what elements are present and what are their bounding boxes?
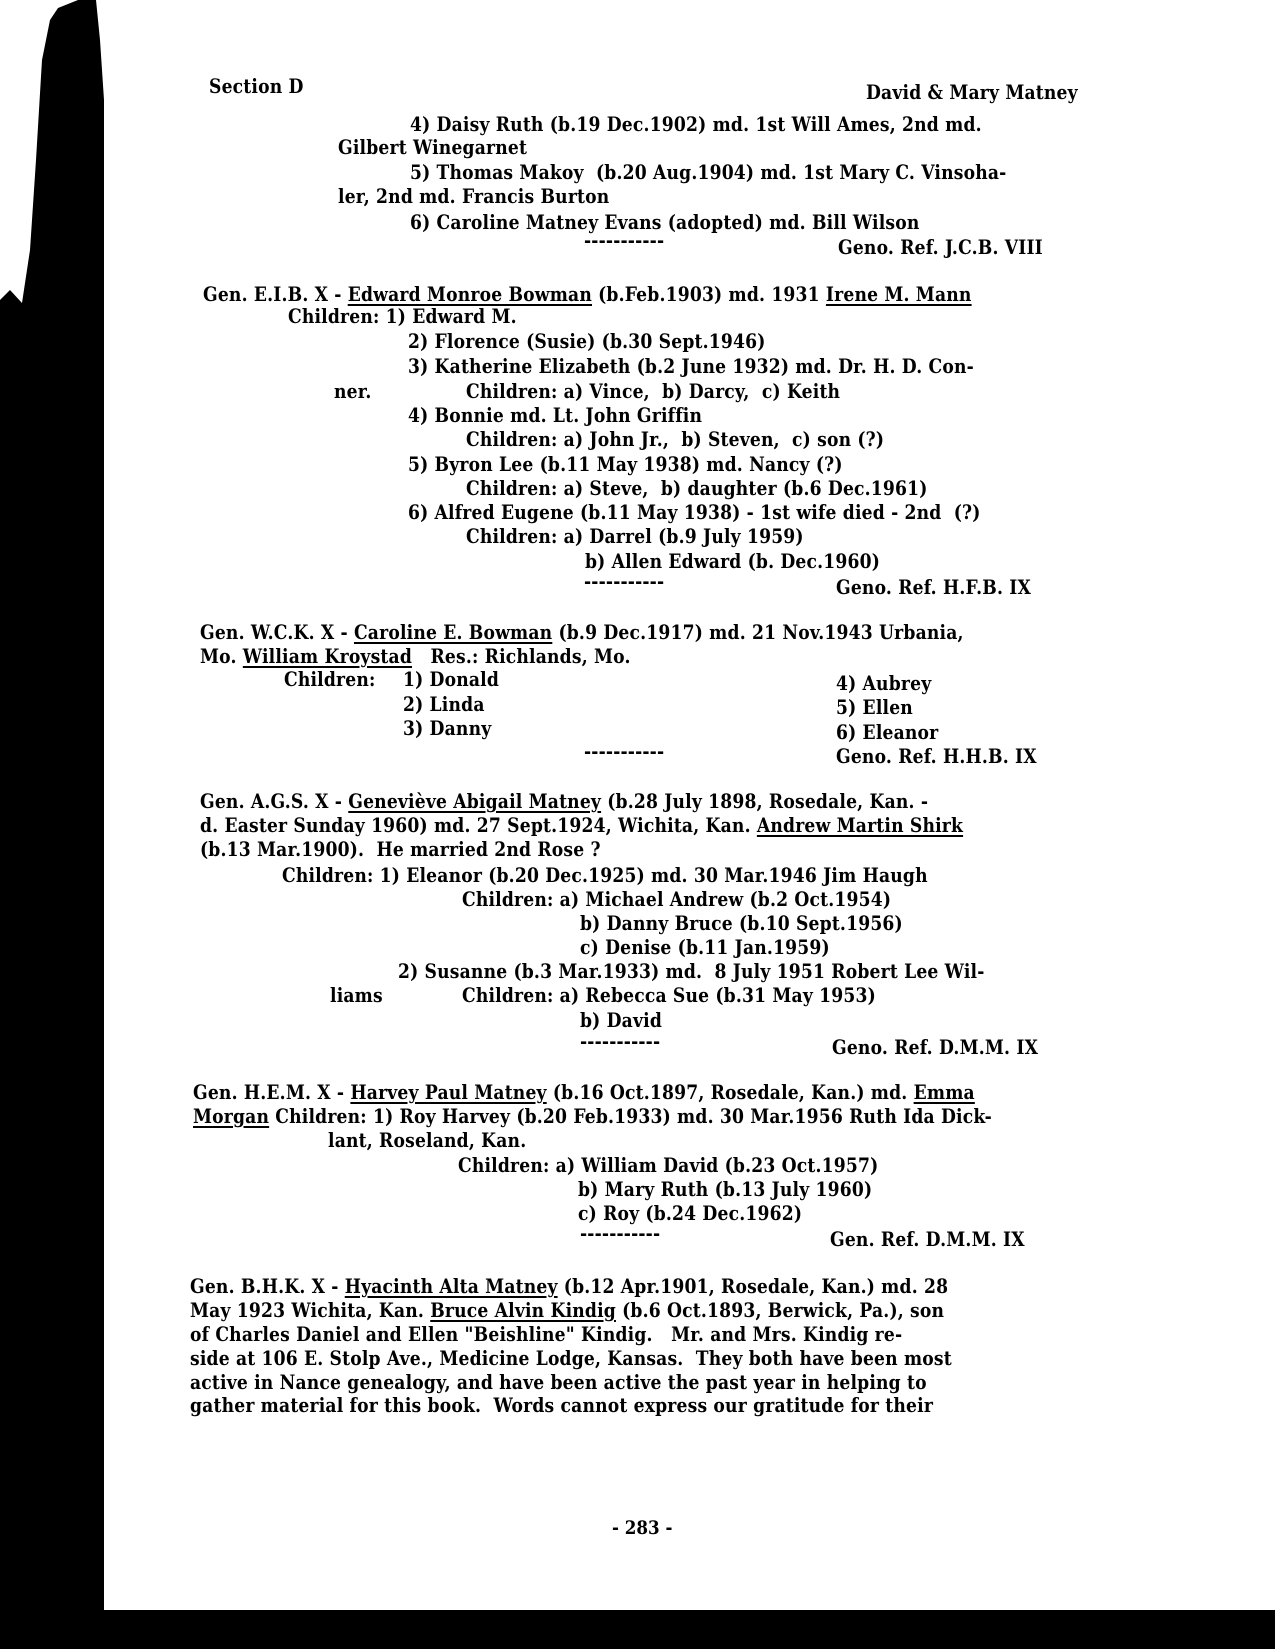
entry-line: side at 106 E. Stolp Ave., Medicine Lodg…	[190, 1347, 952, 1371]
gen-code: Gen. W.C.K. X -	[200, 621, 354, 644]
gen-code: Gen. A.G.S. X -	[200, 790, 348, 813]
entry-line: 2) Susanne (b.3 Mar.1933) md. 8 July 195…	[398, 960, 985, 984]
entry-line: 5) Thomas Makoy (b.20 Aug.1904) md. 1st …	[410, 161, 1006, 185]
entry-text: Mo.	[200, 645, 243, 668]
entry-text: (b.Feb.1903) md. 1931	[592, 283, 826, 306]
entry-line: Mo. William Kroystad Res.: Richlands, Mo…	[200, 645, 631, 669]
separator: -----------	[584, 570, 664, 594]
entry-text: (b.16 Oct.1897, Rosedale, Kan.) md.	[547, 1081, 914, 1104]
entry-line: Children: a) Darrel (b.9 July 1959)	[466, 525, 804, 549]
children-label: Children:	[284, 668, 376, 692]
entry-text: Children: 1) Roy Harvey (b.20 Feb.1933) …	[269, 1105, 992, 1128]
entry-line: 4) Daisy Ruth (b.19 Dec.1902) md. 1st Wi…	[410, 113, 982, 137]
geno-ref: Gen. Ref. D.M.M. IX	[830, 1228, 1025, 1252]
geno-ref: Geno. Ref. H.F.B. IX	[836, 576, 1031, 600]
spouse-name: Irene M. Mann	[826, 283, 972, 306]
entry-text: Res.: Richlands, Mo.	[412, 645, 631, 668]
document-page: Section D David & Mary Matney 4) Daisy R…	[0, 0, 1275, 1649]
entry-line: ner.	[334, 380, 372, 404]
entry-line: 6) Alfred Eugene (b.11 May 1938) - 1st w…	[408, 501, 981, 525]
entry-line: Children: 1) Edward M.	[288, 305, 517, 329]
spouse-name: Morgan	[193, 1105, 269, 1128]
entry-line: Children: a) Rebecca Sue (b.31 May 1953)	[462, 984, 876, 1008]
spouse-name: Andrew Martin Shirk	[757, 814, 963, 837]
entry-line: 5) Byron Lee (b.11 May 1938) md. Nancy (…	[408, 453, 843, 477]
entry-line: Morgan Children: 1) Roy Harvey (b.20 Feb…	[193, 1105, 992, 1129]
entry-text: May 1923 Wichita, Kan.	[190, 1299, 430, 1322]
separator: -----------	[584, 229, 664, 253]
entry-line: 6) Caroline Matney Evans (adopted) md. B…	[410, 211, 920, 235]
spouse-name: Emma	[914, 1081, 975, 1104]
entry-heading: Gen. B.H.K. X - Hyacinth Alta Matney (b.…	[190, 1275, 948, 1299]
entry-line: May 1923 Wichita, Kan. Bruce Alvin Kindi…	[190, 1299, 944, 1323]
entry-text: (b.6 Oct.1893, Berwick, Pa.), son	[616, 1299, 944, 1322]
entry-line: Children: a) Michael Andrew (b.2 Oct.195…	[462, 888, 891, 912]
child-item: 1) Donald	[403, 668, 499, 692]
spouse-name: Bruce Alvin Kindig	[430, 1299, 616, 1322]
child-item: 3) Danny	[403, 717, 491, 741]
entry-line: lant, Roseland, Kan.	[328, 1129, 526, 1153]
child-item: 4) Aubrey	[836, 672, 931, 696]
entry-line: Children: a) William David (b.23 Oct.195…	[458, 1154, 878, 1178]
person-name: Harvey Paul Matney	[350, 1081, 546, 1104]
entry-text: d. Easter Sunday 1960) md. 27 Sept.1924,…	[200, 814, 757, 837]
person-name: Geneviève Abigail Matney	[348, 790, 601, 813]
gen-code: Gen. H.E.M. X -	[193, 1081, 350, 1104]
entry-line: b) Mary Ruth (b.13 July 1960)	[578, 1178, 872, 1202]
entry-heading: Gen. E.I.B. X - Edward Monroe Bowman (b.…	[203, 283, 972, 307]
entry-line: Gilbert Winegarnet	[338, 136, 527, 160]
separator: -----------	[580, 1222, 660, 1246]
entry-line: Children: 1) Eleanor (b.20 Dec.1925) md.…	[282, 864, 928, 888]
entry-heading: Gen. H.E.M. X - Harvey Paul Matney (b.16…	[193, 1081, 975, 1105]
separator: -----------	[584, 740, 664, 764]
separator: -----------	[580, 1030, 660, 1054]
entry-heading: Gen. A.G.S. X - Geneviève Abigail Matney…	[200, 790, 928, 814]
entry-line: Children: a) John Jr., b) Steven, c) son…	[466, 428, 884, 452]
child-item: 6) Eleanor	[836, 721, 938, 745]
entry-line: c) Denise (b.11 Jan.1959)	[580, 936, 830, 960]
entry-line: of Charles Daniel and Ellen "Beishline" …	[190, 1323, 902, 1347]
person-name: Edward Monroe Bowman	[348, 283, 592, 306]
entry-line: Children: a) Vince, b) Darcy, c) Keith	[466, 380, 840, 404]
entry-text: (b.28 July 1898, Rosedale, Kan. -	[601, 790, 928, 813]
entry-line: b) Danny Bruce (b.10 Sept.1956)	[580, 912, 903, 936]
page-number: - 283 -	[612, 1517, 672, 1539]
entry-line: active in Nance genealogy, and have been…	[190, 1371, 927, 1395]
entry-heading: Gen. W.C.K. X - Caroline E. Bowman (b.9 …	[200, 621, 964, 645]
entry-line: 3) Katherine Elizabeth (b.2 June 1932) m…	[408, 355, 974, 379]
entry-line: 4) Bonnie md. Lt. John Griffin	[408, 404, 702, 428]
spouse-name: William Kroystad	[243, 645, 412, 668]
entry-line: d. Easter Sunday 1960) md. 27 Sept.1924,…	[200, 814, 963, 838]
geno-ref: Geno. Ref. H.H.B. IX	[836, 745, 1037, 769]
entry-line: 2) Florence (Susie) (b.30 Sept.1946)	[408, 330, 766, 354]
section-label: Section D	[209, 75, 304, 99]
family-header: David & Mary Matney	[866, 81, 1078, 105]
entry-line: gather material for this book. Words can…	[190, 1394, 933, 1418]
geno-ref: Geno. Ref. D.M.M. IX	[832, 1036, 1038, 1060]
person-name: Hyacinth Alta Matney	[345, 1275, 558, 1298]
entry-text: (b.9 Dec.1917) md. 21 Nov.1943 Urbania,	[552, 621, 963, 644]
person-name: Caroline E. Bowman	[354, 621, 552, 644]
entry-line: (b.13 Mar.1900). He married 2nd Rose ?	[200, 838, 601, 862]
gen-code: Gen. B.H.K. X -	[190, 1275, 345, 1298]
child-item: 5) Ellen	[836, 696, 913, 720]
entry-line: Children: a) Steve, b) daughter (b.6 Dec…	[466, 477, 928, 501]
entry-text: (b.12 Apr.1901, Rosedale, Kan.) md. 28	[558, 1275, 949, 1298]
gen-code: Gen. E.I.B. X -	[203, 283, 348, 306]
entry-line: ler, 2nd md. Francis Burton	[338, 185, 609, 209]
child-item: 2) Linda	[403, 693, 485, 717]
geno-ref: Geno. Ref. J.C.B. VIII	[838, 236, 1043, 260]
entry-line: liams	[330, 984, 383, 1008]
